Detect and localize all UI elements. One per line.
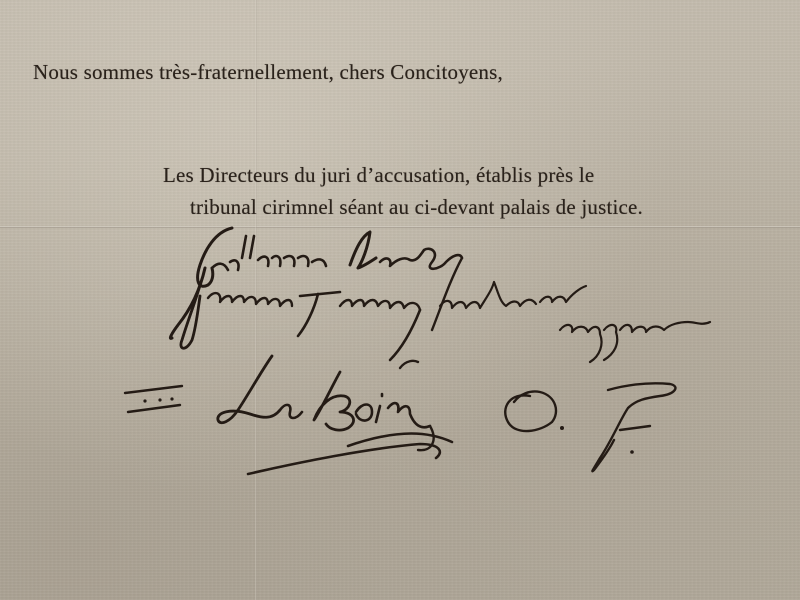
letter-closing: Nous sommes très-fraternellement, chers … <box>33 60 503 85</box>
signatory-title-line-1: Les Directeurs du juri d’accusation, éta… <box>163 163 594 188</box>
horizontal-fold-crease <box>0 226 800 228</box>
signatory-title-line-2: tribunal cirimnel séant au ci-devant pal… <box>190 195 643 220</box>
